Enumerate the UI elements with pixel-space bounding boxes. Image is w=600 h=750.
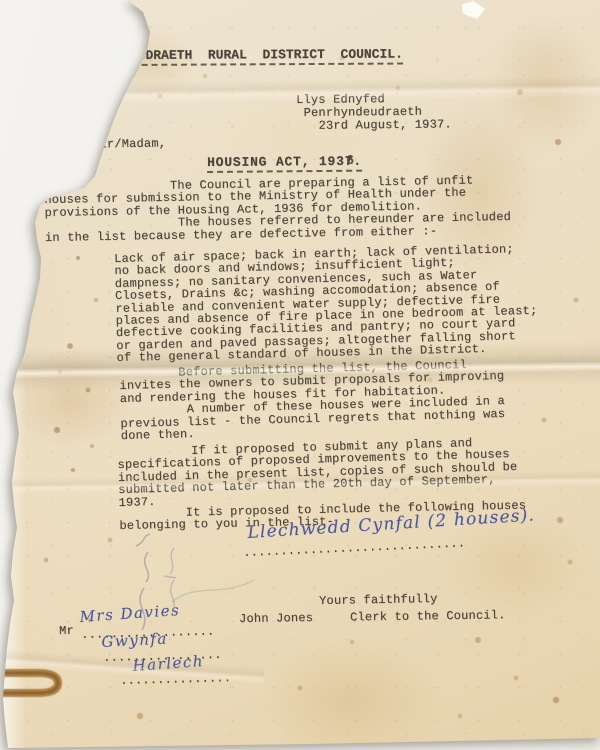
subject-text: HOUSING ACT, 193 xyxy=(207,154,345,170)
paper: DEUDRAETH RURAL DISTRICT COUNCIL. Llys E… xyxy=(0,0,600,750)
sender-address: Llys Ednyfed Penrhyndeudraeth 23rd Augus… xyxy=(296,92,452,132)
recipient-prefix: Mr xyxy=(59,625,74,638)
paper-shadow-wrap: DEUDRAETH RURAL DISTRICT COUNCIL. Llys E… xyxy=(0,0,600,750)
defects-list: Lack of air space; back in earth; lack o… xyxy=(114,243,538,365)
recipient-dots-3: ............... xyxy=(120,672,231,687)
scanned-letter-photo: DEUDRAETH RURAL DISTRICT COUNCIL. Llys E… xyxy=(0,0,600,750)
salutation: Dear Sir/Madam, xyxy=(55,137,166,151)
handwritten-recipient-house: Gwynfa xyxy=(101,630,168,651)
council-title: DEUDRAETH RURAL DISTRICT COUNCIL. xyxy=(122,49,403,67)
overtyped-year-digit: 76 xyxy=(345,156,354,168)
plans-paragraph: If it proposed to submit any plans and s… xyxy=(117,436,518,509)
proposals-paragraph: Before submitting the list, the Council … xyxy=(119,358,506,442)
intro-paragraph: The Council are preparing a list of unfi… xyxy=(44,174,511,244)
closing-faithfully: Yours faithfully xyxy=(319,593,438,607)
subject-heading: HOUSING ACT, 19376. xyxy=(207,156,362,174)
